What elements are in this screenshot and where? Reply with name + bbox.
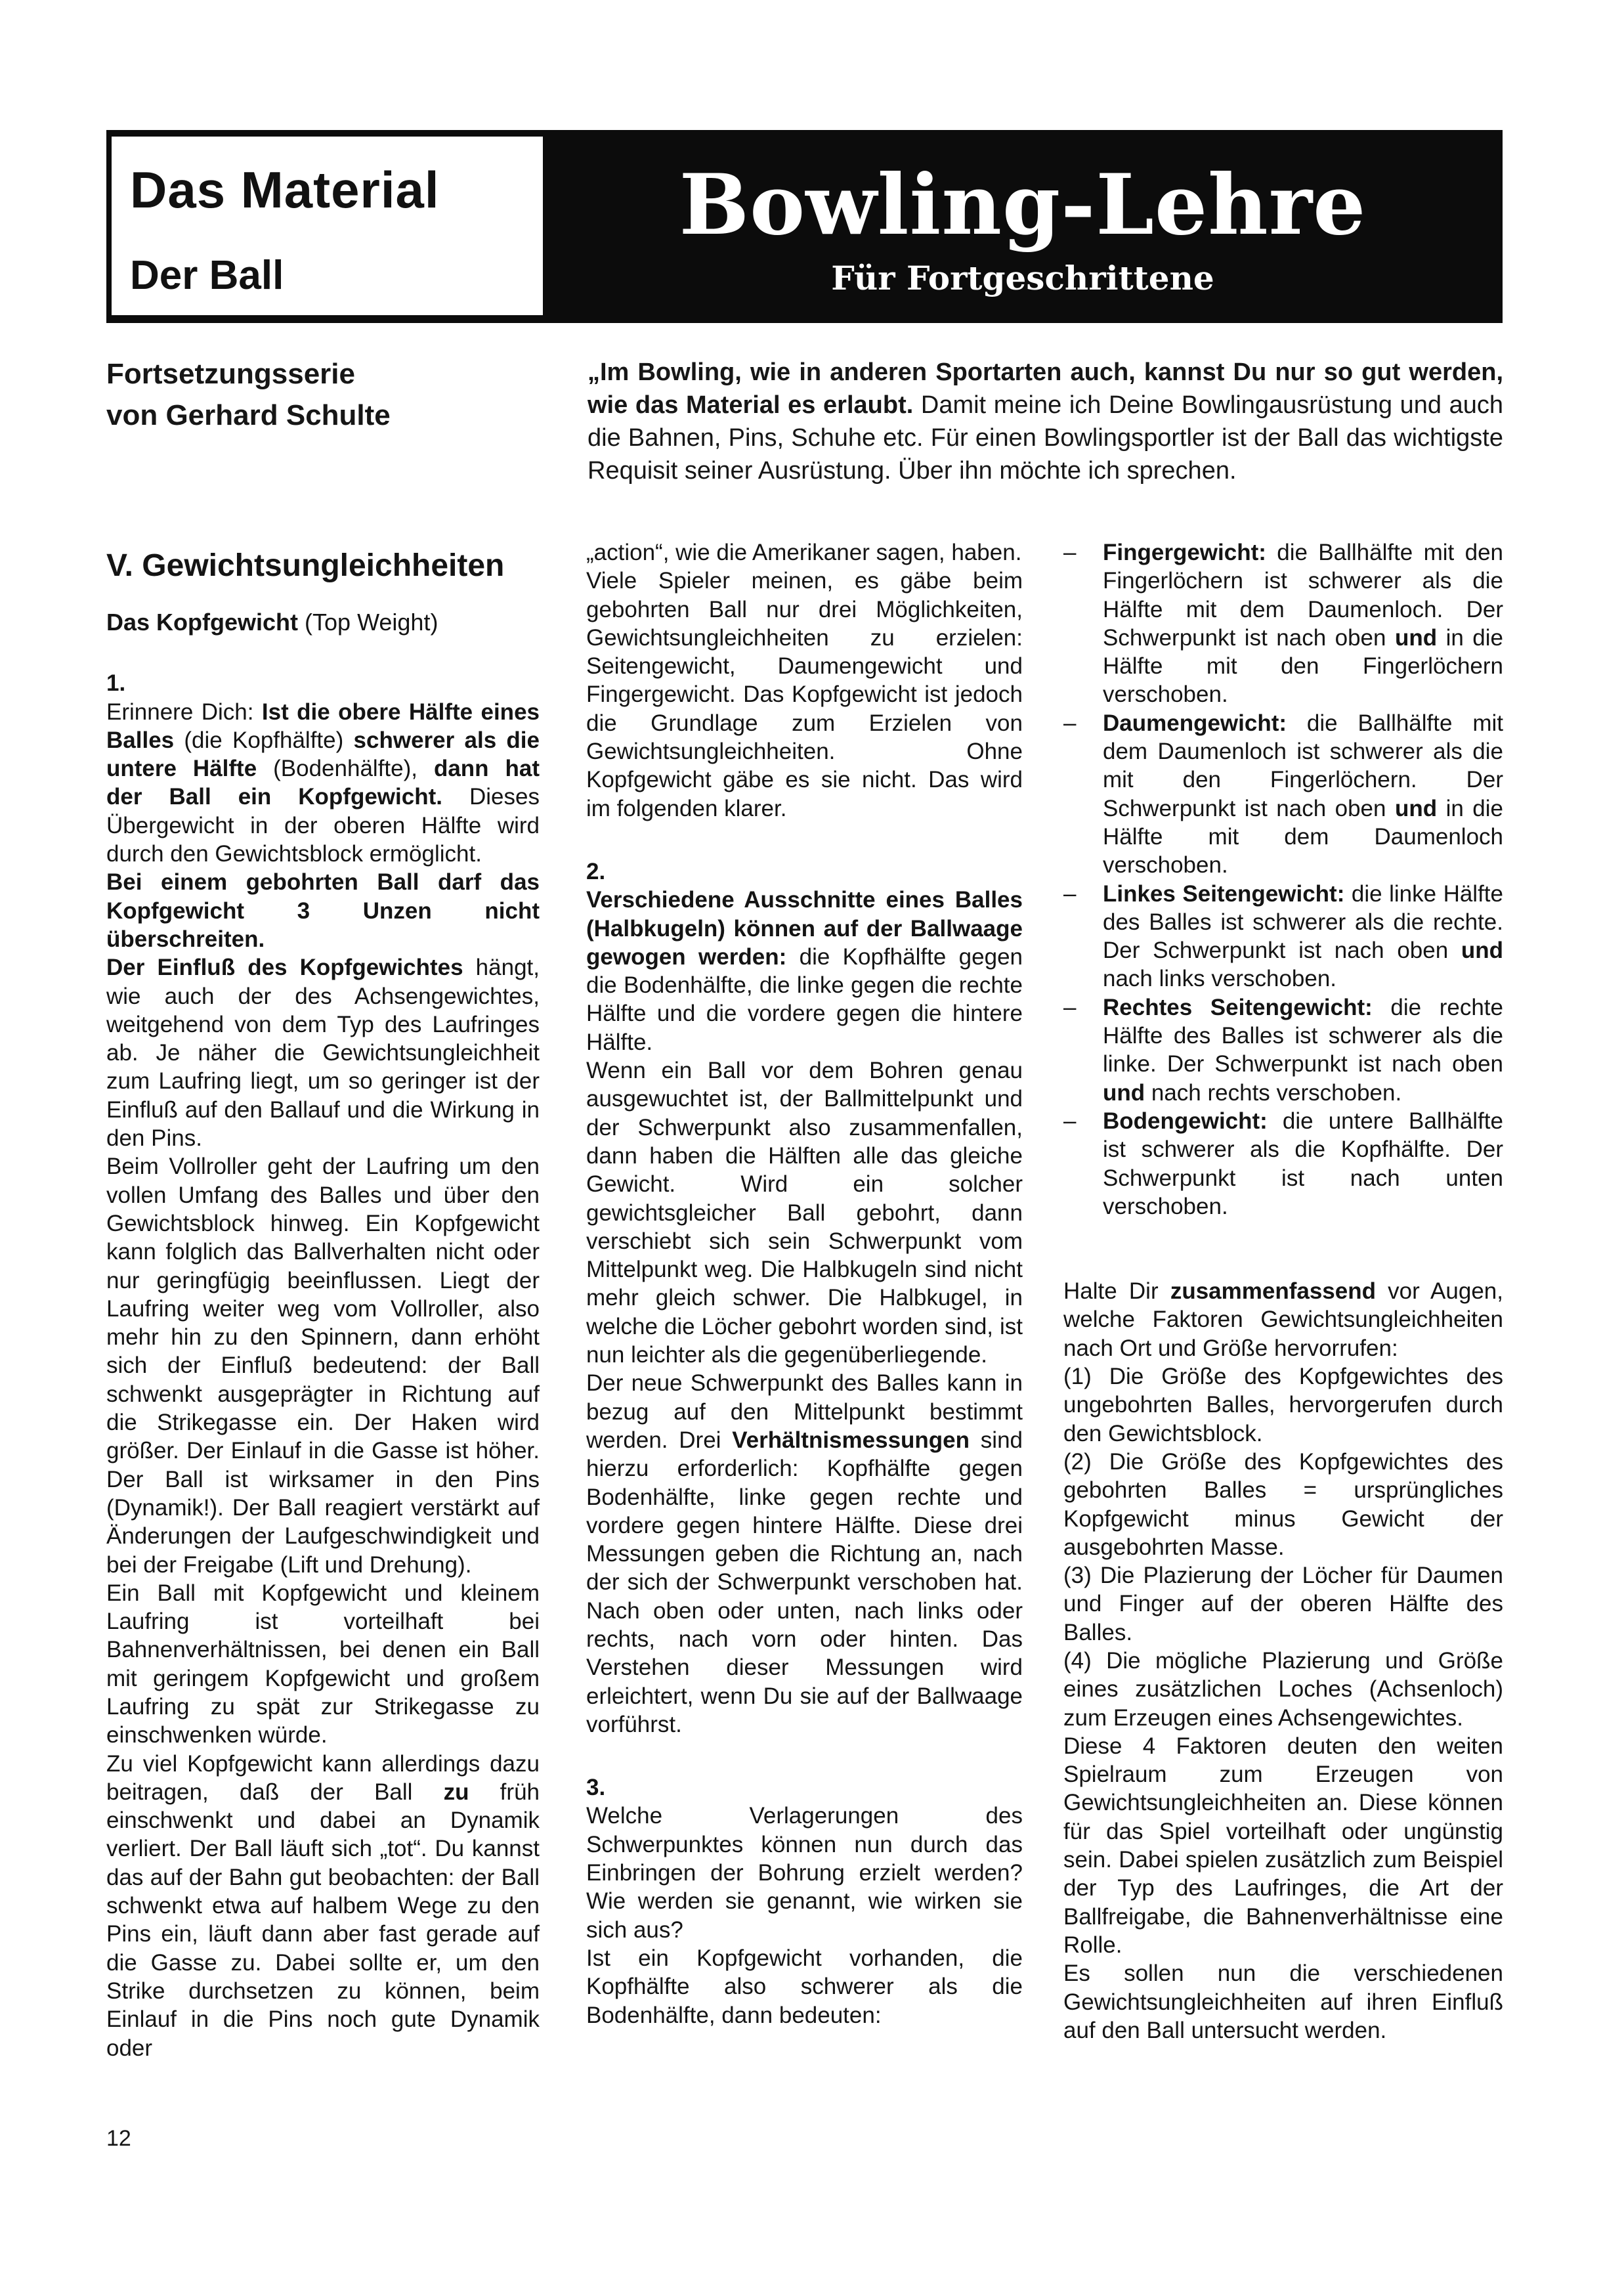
- weight-types-list: Fingergewicht: die Ballhälfte mit den Fi…: [1063, 538, 1503, 1221]
- section-title: V. Gewichtsungleichheiten: [106, 546, 540, 586]
- list-item: Daumengewicht: die Ballhälfte mit dem Da…: [1063, 709, 1503, 880]
- paragraph: Verschiedene Ausschnitte eines Balles (H…: [586, 886, 1023, 1056]
- list-item: Linkes Seitengewicht: die linke Hälfte d…: [1063, 880, 1503, 993]
- paragraph: Erinnere Dich: Ist die obere Hälfte eine…: [106, 698, 540, 869]
- paragraph: Welche Verlagerungen des Schwerpunktes k…: [586, 1802, 1023, 1943]
- paragraph: Zu viel Kopfgewicht kann allerdings dazu…: [106, 1750, 540, 2062]
- point-number-1: 1.: [106, 669, 540, 697]
- header-main-subtitle: Für Fortgeschrittene: [543, 259, 1503, 297]
- column-3: Fingergewicht: die Ballhälfte mit den Fi…: [1063, 538, 1503, 2045]
- paragraph: Ein Ball mit Kopfgewicht und kleinem Lau…: [106, 1579, 540, 1750]
- series-label: Fortsetzungsserie: [106, 353, 391, 395]
- header-left-title: Das Material: [130, 160, 440, 220]
- paragraph: Der neue Schwerpunkt des Balles kann in …: [586, 1369, 1023, 1739]
- subsection-title-rest: (Top Weight): [298, 609, 438, 636]
- subsection-title-bold: Das Kopfgewicht: [106, 609, 298, 636]
- header-left-box: Das Material Der Ball: [112, 137, 543, 315]
- paragraph: Beim Vollroller geht der Laufring um den…: [106, 1152, 540, 1578]
- list-item: Fingergewicht: die Ballhälfte mit den Fi…: [1063, 538, 1503, 709]
- factor-item: (4) Die mögliche Plazierung und Größe ei…: [1063, 1647, 1503, 1732]
- factor-item: (3) Die Plazierung der Löcher für Daumen…: [1063, 1561, 1503, 1647]
- paragraph: Es sollen nun die verschiedenen Gewichts…: [1063, 1959, 1503, 2045]
- paragraph: Diese 4 Faktoren deuten den weiten Spiel…: [1063, 1732, 1503, 1959]
- header-left-subtitle: Der Ball: [130, 252, 284, 299]
- series-byline: Fortsetzungsserie von Gerhard Schulte: [106, 353, 391, 436]
- list-item: Rechtes Seitengewicht: die rechte Hälfte…: [1063, 993, 1503, 1107]
- factor-item: (2) Die Größe des Kopfgewichtes des gebo…: [1063, 1448, 1503, 1561]
- subsection-title: Das Kopfgewicht (Top Weight): [106, 608, 540, 636]
- point-number-3: 3.: [586, 1773, 1023, 1802]
- paragraph: Bei einem gebohrten Ball darf das Kopfge…: [106, 868, 540, 953]
- paragraph: Der Einfluß des Kopfgewichtes hängt, wie…: [106, 953, 540, 1152]
- column-1: V. Gewichtsungleichheiten Das Kopfgewich…: [106, 538, 540, 2062]
- column-2: „action“, wie die Amerikaner sagen, habe…: [586, 538, 1023, 2029]
- header-right-box: Bowling-Lehre Für Fortgeschrittene: [543, 130, 1503, 323]
- paragraph: Ist ein Kopfgewicht vorhanden, die Kopfh…: [586, 1944, 1023, 2029]
- paragraph: Viele Spieler meinen, es gäbe beim geboh…: [586, 567, 1023, 823]
- page-number: 12: [106, 2126, 131, 2152]
- header-main-title: Bowling-Lehre: [543, 156, 1503, 253]
- paragraph: Halte Dir zusammenfassend vor Augen, wel…: [1063, 1277, 1503, 1362]
- list-item: Bodengewicht: die untere Ballhälfte ist …: [1063, 1107, 1503, 1221]
- header-banner: Das Material Der Ball Bowling-Lehre Für …: [106, 130, 1503, 323]
- paragraph: „action“, wie die Amerikaner sagen, habe…: [586, 538, 1023, 567]
- author-line: von Gerhard Schulte: [106, 395, 391, 436]
- factor-item: (1) Die Größe des Kopfgewichtes des unge…: [1063, 1362, 1503, 1448]
- paragraph: Wenn ein Ball vor dem Bohren genau ausge…: [586, 1056, 1023, 1369]
- point-number-2: 2.: [586, 857, 1023, 886]
- intro-paragraph: „Im Bowling, wie in anderen Sportarten a…: [588, 356, 1503, 487]
